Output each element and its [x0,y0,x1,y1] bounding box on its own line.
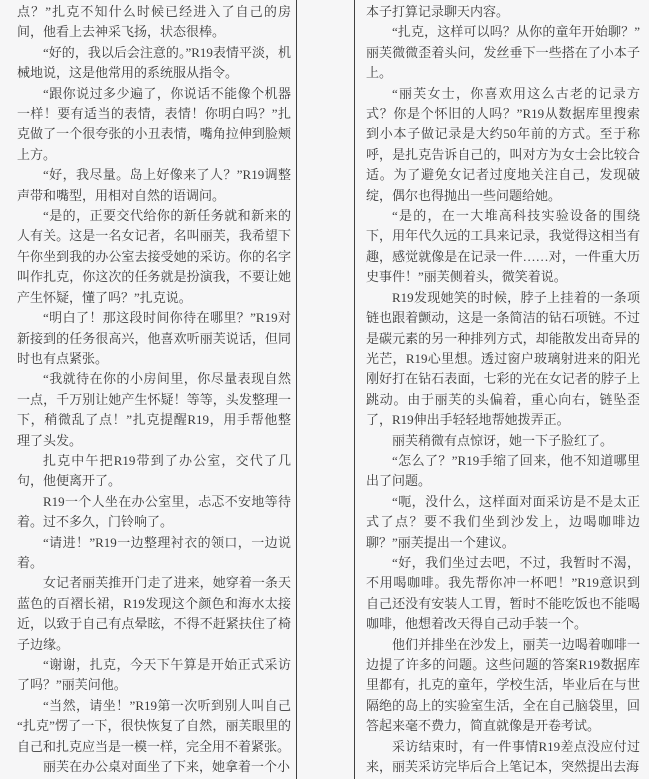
book-spread: 点？”扎克不知什么时候已经进入了自己的房间，他看上去神采飞扬，状态很棒。“好的，… [0,0,649,779]
paragraph: 本子打算记录聊天内容。 [366,2,640,22]
left-page-edge-line [296,0,297,779]
paragraph: 丽芙稍微有点惊讶，她一下子脸红了。 [366,431,640,451]
paragraph: “请进！”R19一边整理衬衣的领口，一边说着。 [17,533,291,574]
paragraph: “丽芙女士，你喜欢用这么古老的记录方式？你是个怀旧的人吗？”R19从数据库里搜索… [366,84,640,206]
paragraph: 丽芙在办公桌对面坐了下来，她拿着一个小 [17,757,291,777]
paragraph: 点？”扎克不知什么时候已经进入了自己的房间，他看上去神采飞扬，状态很棒。 [17,2,291,43]
paragraph: 女记者丽芙推开门走了进来，她穿着一条天蓝色的百褶长裙，R19发现这个颜色和海水太… [17,573,291,655]
paragraph: “是的，在一大堆高科技实验设备的围绕下，用年代久远的工具来记录，我觉得这相当有趣… [366,206,640,288]
paragraph: “谢谢，扎克，今天下午算是开始正式采访了吗？”丽芙问他。 [17,655,291,696]
right-page: 本子打算记录聊天内容。“扎克，这样可以吗？从你的童年开始聊？”丽芙微微歪着头问，… [355,0,649,779]
left-page: 点？”扎克不知什么时候已经进入了自己的房间，他看上去神采飞扬，状态很棒。“好的，… [0,0,296,779]
paragraph: “好，我尽量。岛上好像来了人？”R19调整声带和嘴型，用相对自然的语调问。 [17,165,291,206]
paragraph: “呃，没什么，这样面对面采访是不是太正式了点？要不我们坐到沙发上，边喝咖啡边聊？… [366,492,640,553]
paragraph: “好，我们坐过去吧，不过，我暂时不渴，不用喝咖啡。我先帮你冲一杯吧！”R19意识… [366,553,640,635]
paragraph: “怎么了？”R19手缩了回来，他不知道哪里出了问题。 [366,451,640,492]
paragraph: “扎克，这样可以吗？从你的童年开始聊？”丽芙微微歪着头问，发丝垂下一些搭在了小本… [366,22,640,83]
paragraph: R19一个人坐在办公室里，忐忑不安地等待着。过不多久，门铃响了。 [17,492,291,533]
paragraph: 他们并排坐在沙发上，丽芙一边喝着咖啡一边提了许多的问题。这些问题的答案R19数据… [366,635,640,737]
paragraph: “当然，请坐！”R19第一次听到别人叫自己“扎克”愣了一下，很快恢复了自然，丽芙… [17,696,291,757]
paragraph: “好的，我以后会注意的。”R19表情平淡，机械地说，这是他常用的系统服从指令。 [17,43,291,84]
paragraph: 采访结束时，有一件事情R19差点没应付过来，丽芙采访完毕后合上笔记本，突然提出去… [366,737,640,778]
paragraph: R19发现她笑的时候，脖子上挂着的一条项链也跟着颤动，这是一条简洁的钻石项链。不… [366,288,640,431]
paragraph: “是的，正要交代给你的新任务就和新来的人有关。这是一名女记者，名叫丽芙，我希望下… [17,206,291,308]
paragraph: 扎克中午把R19带到了办公室，交代了几句，他便离开了。 [17,451,291,492]
paragraph: “跟你说过多少遍了，你说话不能像个机器一样！要有适当的表情，表情！你明白吗？”扎… [17,84,291,166]
paragraph: “我就待在你的小房间里，你尽量表现自然一点，千万别让她产生怀疑！等等，头发整理一… [17,369,291,451]
paragraph: “明白了！那这段时间你待在哪里？”R19对新接到的任务很高兴，他喜欢听丽芙说话，… [17,308,291,369]
